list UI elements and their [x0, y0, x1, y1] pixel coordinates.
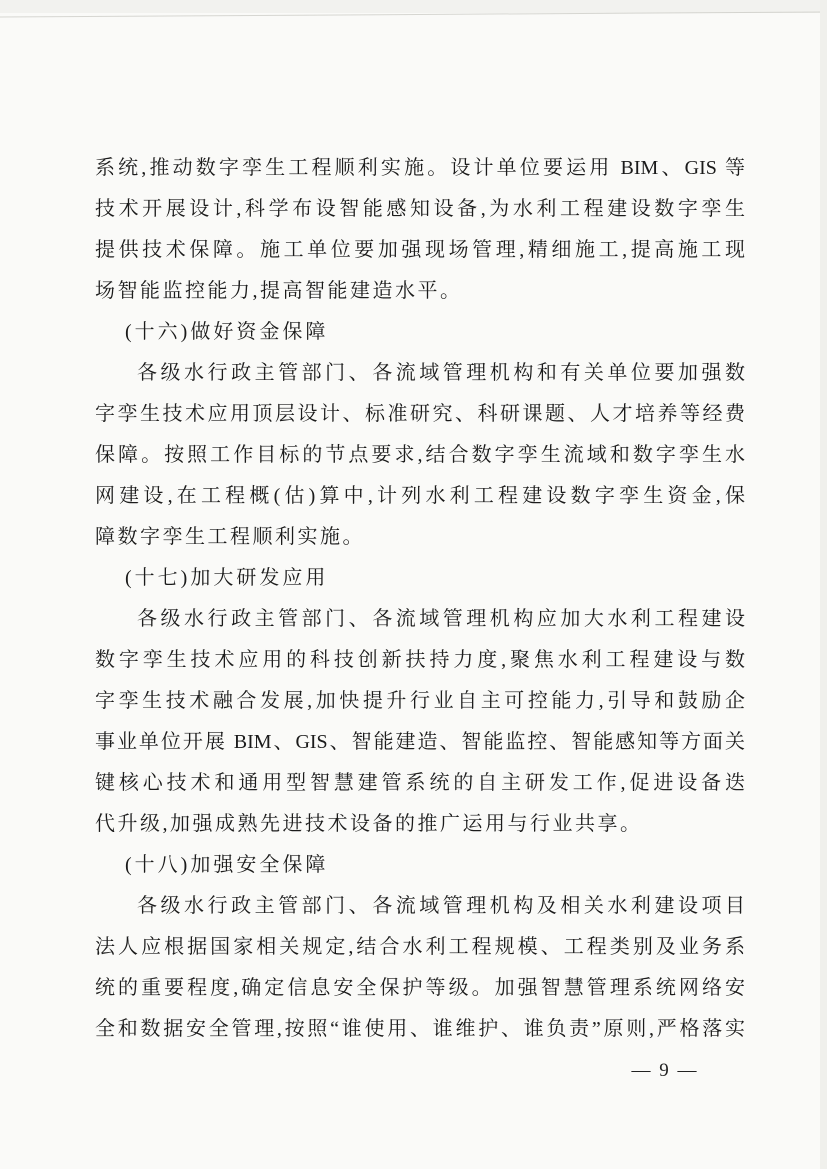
text-line: 字孪生技术应用顶层设计、标准研究、科研课题、人才培养等经费 — [95, 394, 745, 435]
text-line: (十八)加强安全保障 — [95, 845, 745, 886]
scanned-document-screenshot: { "colors": { "paper": "#fafaf8", "ink":… — [0, 0, 827, 1169]
text-line: 技术开展设计,科学布设智能感知设备,为水利工程建设数字孪生 — [95, 189, 745, 230]
section-heading: (十六)做好资金保障 — [95, 312, 745, 353]
text-line: 字孪生技术融合发展,加快提升行业自主可控能力,引导和鼓励企 — [95, 681, 745, 722]
text-line: 各级水行政主管部门、各流域管理机构和有关单位要加强数 — [95, 353, 745, 394]
paragraph: 系统,推动数字孪生工程顺利实施。设计单位要运用 BIM、GIS 等技术开展设计,… — [95, 148, 745, 312]
paragraph: 各级水行政主管部门、各流域管理机构和有关单位要加强数字孪生技术应用顶层设计、标准… — [95, 353, 745, 558]
section-heading: (十八)加强安全保障 — [95, 845, 745, 886]
text-line: 统的重要程度,确定信息安全保护等级。加强智慧管理系统网络安 — [95, 968, 745, 1009]
text-line: 数字孪生技术应用的科技创新扶持力度,聚焦水利工程建设与数 — [95, 640, 745, 681]
paragraph: 各级水行政主管部门、各流域管理机构应加大水利工程建设数字孪生技术应用的科技创新扶… — [95, 599, 745, 845]
scanned-page: 系统,推动数字孪生工程顺利实施。设计单位要运用 BIM、GIS 等技术开展设计,… — [0, 0, 827, 1169]
text-line: 各级水行政主管部门、各流域管理机构及相关水利建设项目 — [95, 886, 745, 927]
scan-right-edge — [820, 0, 827, 1169]
text-line: 法人应根据国家相关规定,结合水利工程规模、工程类别及业务系 — [95, 927, 745, 968]
scan-edge-shade — [0, 0, 827, 13]
text-line: 代升级,加强成熟先进技术设备的推广运用与行业共享。 — [95, 804, 745, 845]
document-body: 系统,推动数字孪生工程顺利实施。设计单位要运用 BIM、GIS 等技术开展设计,… — [95, 148, 745, 1050]
text-line: 提供技术保障。施工单位要加强现场管理,精细施工,提高施工现 — [95, 230, 745, 271]
text-line: (十六)做好资金保障 — [95, 312, 745, 353]
text-line: 全和数据安全管理,按照“谁使用、谁维护、谁负责”原则,严格落实 — [95, 1009, 745, 1050]
text-line: 键核心技术和通用型智慧建管系统的自主研发工作,促进设备迭 — [95, 763, 745, 804]
text-line: 网建设,在工程概(估)算中,计列水利工程建设数字孪生资金,保 — [95, 476, 745, 517]
text-line: (十七)加大研发应用 — [95, 558, 745, 599]
text-line: 事业单位开展 BIM、GIS、智能建造、智能监控、智能感知等方面关 — [95, 722, 745, 763]
text-line: 系统,推动数字孪生工程顺利实施。设计单位要运用 BIM、GIS 等 — [95, 148, 745, 189]
text-line: 各级水行政主管部门、各流域管理机构应加大水利工程建设 — [95, 599, 745, 640]
paragraph: 各级水行政主管部门、各流域管理机构及相关水利建设项目法人应根据国家相关规定,结合… — [95, 886, 745, 1050]
text-line: 场智能监控能力,提高智能建造水平。 — [95, 271, 745, 312]
page-number: — 9 — — [600, 1055, 730, 1087]
text-line: 保障。按照工作目标的节点要求,结合数字孪生流域和数字孪生水 — [95, 435, 745, 476]
section-heading: (十七)加大研发应用 — [95, 558, 745, 599]
text-line: 障数字孪生工程顺利实施。 — [95, 517, 745, 558]
